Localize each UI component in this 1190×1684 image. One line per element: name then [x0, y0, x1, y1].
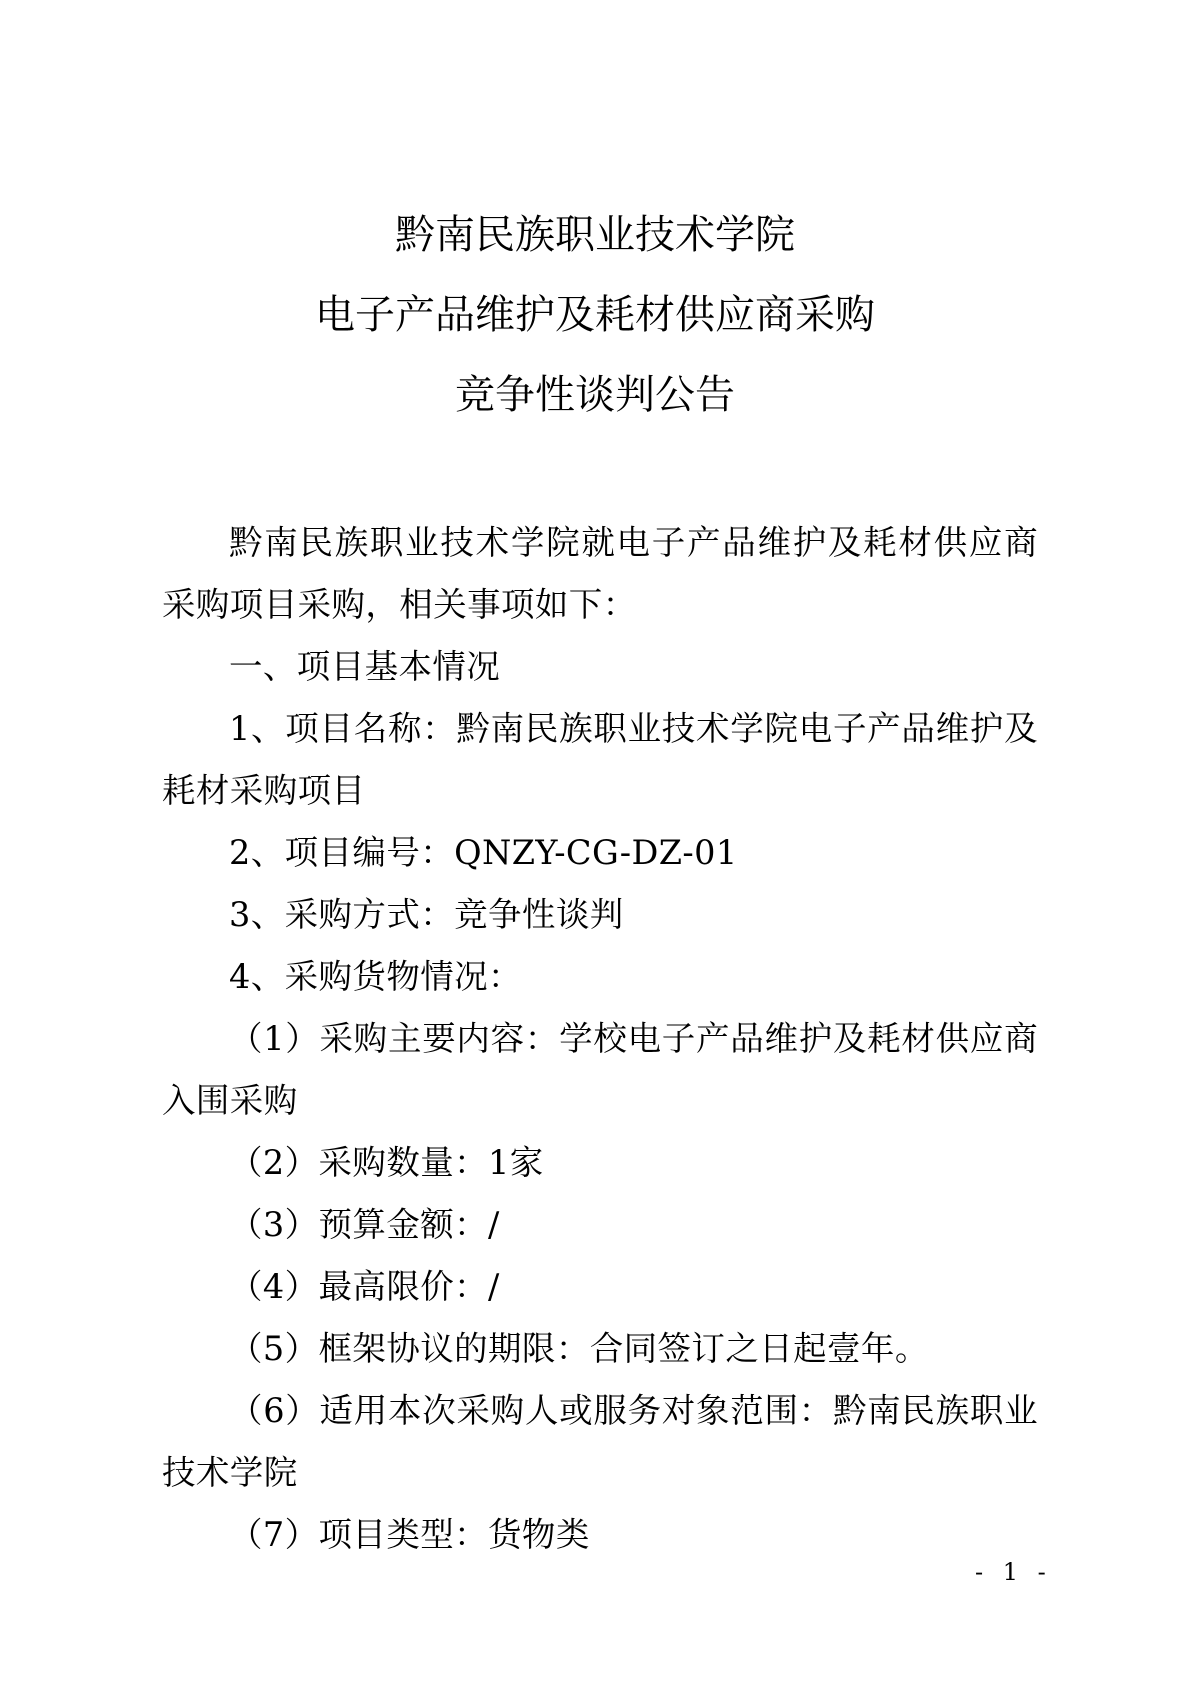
page-number: - 1 -	[975, 1558, 1052, 1586]
item-project-name: 1、项目名称：黔南民族职业技术学院电子产品维护及耗材采购项目	[162, 698, 1038, 822]
subitem-agreement-term: （5）框架协议的期限：合同签订之日起壹年。	[162, 1318, 1038, 1380]
subitem-budget: （3）预算金额：/	[162, 1194, 1038, 1256]
subitem-main-content: （1）采购主要内容：学校电子产品维护及耗材供应商入围采购	[162, 1008, 1038, 1132]
title-line-institution: 黔南民族职业技术学院	[0, 215, 1190, 295]
item-goods-info: 4、采购货物情况：	[162, 946, 1038, 1008]
subitem-quantity: （2）采购数量：1家	[162, 1132, 1038, 1194]
document-page: 黔南民族职业技术学院 电子产品维护及耗材供应商采购 竞争性谈判公告 黔南民族职业…	[0, 0, 1190, 1684]
document-body: 黔南民族职业技术学院就电子产品维护及耗材供应商采购项目采购，相关事项如下： 一、…	[162, 512, 1038, 1566]
subitem-max-price: （4）最高限价：/	[162, 1256, 1038, 1318]
title-line-project: 电子产品维护及耗材供应商采购	[0, 295, 1190, 375]
subitem-project-type: （7）项目类型：货物类	[162, 1504, 1038, 1566]
title-line-announcement-type: 竞争性谈判公告	[0, 375, 1190, 455]
intro-paragraph: 黔南民族职业技术学院就电子产品维护及耗材供应商采购项目采购，相关事项如下：	[162, 512, 1038, 636]
subitem-applicable-scope: （6）适用本次采购人或服务对象范围：黔南民族职业技术学院	[162, 1380, 1038, 1504]
item-procurement-method: 3、采购方式：竞争性谈判	[162, 884, 1038, 946]
item-project-number: 2、项目编号：QNZY-CG-DZ-01	[162, 822, 1038, 884]
document-title: 黔南民族职业技术学院 电子产品维护及耗材供应商采购 竞争性谈判公告	[0, 215, 1190, 455]
section-heading-basic-info: 一、项目基本情况	[162, 636, 1038, 698]
